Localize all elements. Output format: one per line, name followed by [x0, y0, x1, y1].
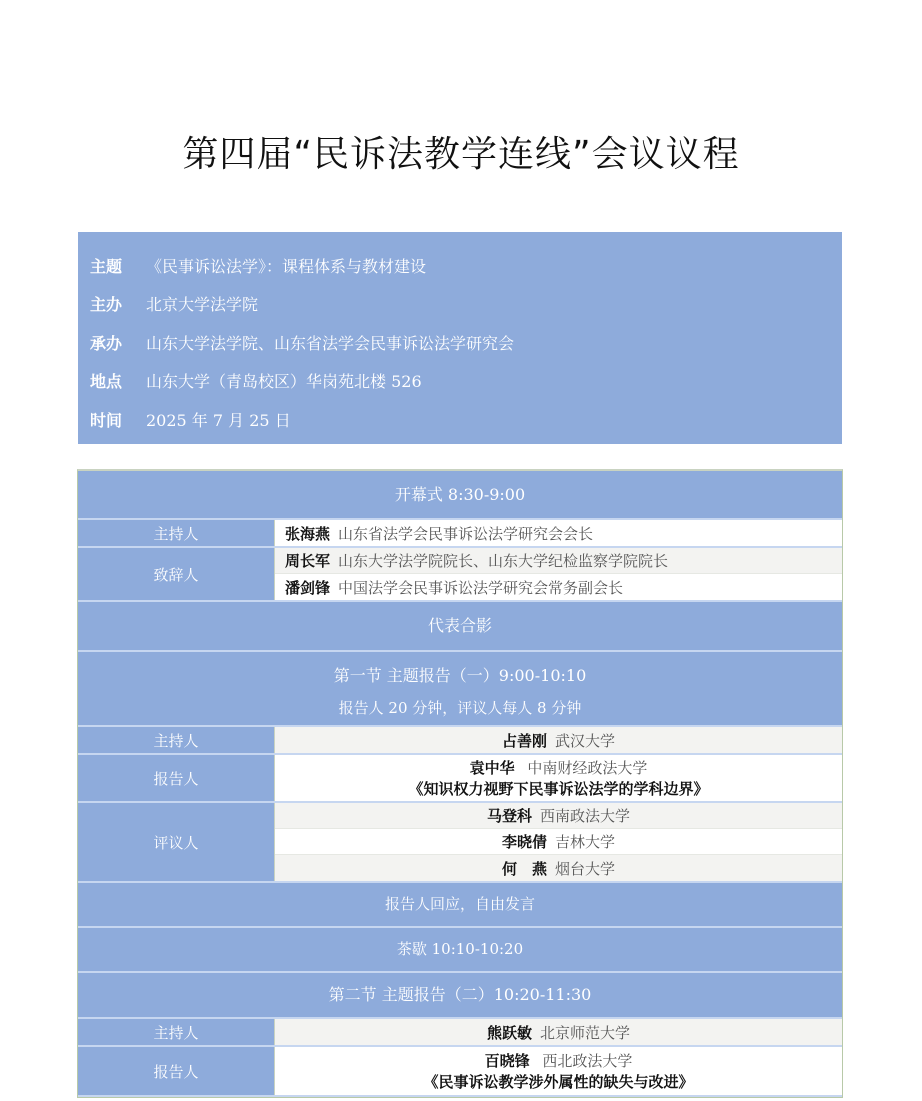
info-key: 主办: [78, 292, 146, 315]
person-affiliation: 山东大学法学院院长、山东大学纪检监察学院院长: [338, 550, 668, 571]
person-name: 袁中华: [470, 759, 515, 777]
tea-break-header: 茶歇 10:10-10:20: [78, 928, 842, 973]
person-name: 占善刚: [502, 730, 547, 751]
row-label: 评议人: [78, 803, 275, 881]
row-label: 致辞人: [78, 548, 275, 600]
row-label: 主持人: [78, 1019, 275, 1045]
session2-header: 第二节 主题报告（二）10:20-11:30: [78, 973, 842, 1019]
conference-info-panel: 主题 《民事诉讼法学》：课程体系与教材建设 主办 北京大学法学院 承办 山东大学…: [78, 232, 842, 444]
person-cell: 潘剑锋 中国法学会民事诉讼法学研究会常务副会长: [275, 574, 842, 600]
person-cell: 熊跃敏 北京师范大学: [275, 1019, 842, 1045]
row-label: 主持人: [78, 520, 275, 546]
page-title: 第四届“民诉法教学连线”会议议程: [0, 126, 922, 177]
info-key: 地点: [78, 369, 146, 392]
info-key: 时间: [78, 408, 146, 431]
opening-header: 开幕式 8:30-9:00: [78, 471, 842, 520]
info-row-date: 时间 2025 年 7 月 25 日: [78, 400, 842, 439]
info-row-organizer: 主办 北京大学法学院: [78, 285, 842, 324]
person-cell: 李晓倩 吉林大学: [275, 829, 842, 855]
row-label: 报告人: [78, 755, 275, 801]
session2-host-row: 主持人 熊跃敏 北京师范大学: [78, 1019, 842, 1047]
report-cell: 袁中华 中南财经政法大学 《知识权力视野下民事诉讼法学的学科边界》: [275, 755, 842, 801]
group-photo-header: 代表合影: [78, 602, 842, 652]
row-label: 报告人: [78, 1047, 275, 1095]
session1-header: 第一节 主题报告（一）9:00-10:10 报告人 20 分钟，评议人每人 8 …: [78, 652, 842, 727]
person-affiliation: 西南政法大学: [540, 805, 630, 826]
person-cell: 马登科 西南政法大学: [275, 803, 842, 829]
person-cell: 周长军 山东大学法学院院长、山东大学纪检监察学院院长: [275, 548, 842, 574]
person-affiliation: 中国法学会民事诉讼法学研究会常务副会长: [338, 577, 623, 598]
person-name: 潘剑锋: [285, 577, 330, 598]
response-header: 报告人回应，自由发言: [78, 883, 842, 928]
info-value: 山东大学法学院、山东省法学会民事诉讼法学研究会: [146, 331, 514, 354]
session1-note: 报告人 20 分钟，评议人每人 8 分钟: [78, 696, 842, 720]
row-label: 主持人: [78, 727, 275, 753]
info-key: 主题: [78, 254, 146, 277]
person-cell: 张海燕 山东省法学会民事诉讼法学研究会会长: [275, 520, 842, 546]
person-cell: 占善刚 武汉大学: [275, 727, 842, 753]
info-value: 北京大学法学院: [146, 292, 258, 315]
info-key: 承办: [78, 331, 146, 354]
info-row-location: 地点 山东大学（青岛校区）华岗苑北楼 526: [78, 362, 842, 401]
person-name: 马登科: [487, 805, 532, 826]
session1-title: 第一节 主题报告（一）9:00-10:10: [78, 664, 842, 688]
info-row-theme: 主题 《民事诉讼法学》：课程体系与教材建设: [78, 246, 842, 285]
person-name: 张海燕: [285, 523, 330, 544]
info-value: 山东大学（青岛校区）华岗苑北楼 526: [146, 369, 422, 392]
person-cell: 何 燕 烟台大学: [275, 855, 842, 881]
person-affiliation: 北京师范大学: [540, 1022, 630, 1043]
person-name: 何 燕: [502, 858, 547, 879]
info-value: 《民事诉讼法学》：课程体系与教材建设: [146, 254, 426, 277]
person-affiliation: 烟台大学: [555, 858, 615, 879]
info-row-host-org: 承办 山东大学法学院、山东省法学会民事诉讼法学研究会: [78, 323, 842, 362]
session1-reporter-row: 报告人 袁中华 中南财经政法大学 《知识权力视野下民事诉讼法学的学科边界》: [78, 755, 842, 803]
person-affiliation: 山东省法学会民事诉讼法学研究会会长: [338, 523, 593, 544]
person-name: 百晓锋: [485, 1052, 530, 1070]
person-name: 李晓倩: [502, 831, 547, 852]
report-cell: 百晓锋 西北政法大学 《民事诉讼教学涉外属性的缺失与改进》: [275, 1047, 842, 1095]
person-name: 周长军: [285, 550, 330, 571]
reporter-line: 袁中华 中南财经政法大学: [470, 757, 648, 778]
person-affiliation: 西北政法大学: [542, 1052, 632, 1070]
opening-speech-row: 致辞人 周长军 山东大学法学院院长、山东大学纪检监察学院院长 潘剑锋 中国法学会…: [78, 548, 842, 602]
opening-host-row: 主持人 张海燕 山东省法学会民事诉讼法学研究会会长: [78, 520, 842, 548]
person-affiliation: 吉林大学: [555, 831, 615, 852]
person-name: 熊跃敏: [487, 1022, 532, 1043]
session2-reporter-row: 报告人 百晓锋 西北政法大学 《民事诉讼教学涉外属性的缺失与改进》: [78, 1047, 842, 1097]
session1-reviewer-row: 评议人 马登科 西南政法大学 李晓倩 吉林大学 何 燕 烟台大学: [78, 803, 842, 883]
session1-host-row: 主持人 占善刚 武汉大学: [78, 727, 842, 755]
paper-title: 《民事诉讼教学涉外属性的缺失与改进》: [423, 1071, 693, 1092]
paper-title: 《知识权力视野下民事诉讼法学的学科边界》: [408, 778, 708, 799]
reporter-line: 百晓锋 西北政法大学: [485, 1050, 633, 1071]
person-affiliation: 武汉大学: [555, 730, 615, 751]
agenda-table: 开幕式 8:30-9:00 主持人 张海燕 山东省法学会民事诉讼法学研究会会长 …: [77, 469, 843, 1098]
person-affiliation: 中南财经政法大学: [527, 759, 647, 777]
info-value: 2025 年 7 月 25 日: [146, 408, 291, 431]
